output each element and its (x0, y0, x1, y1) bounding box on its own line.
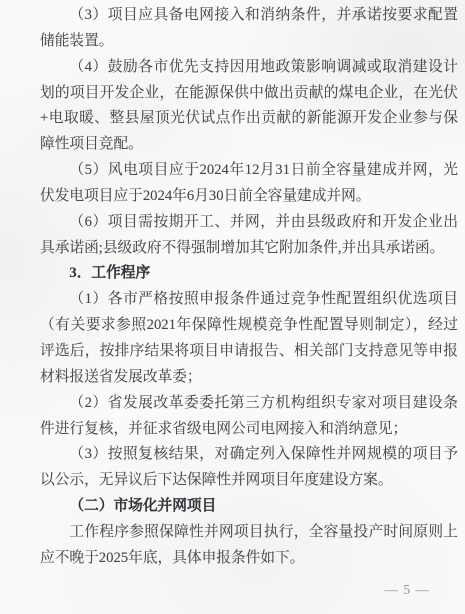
paragraph-item-5-deadlines: （5）风电项目应于2024年12月31日前全容量建成并网，光伏发电项目应于202… (40, 158, 458, 210)
paragraph-item-6-commitment-letter: （6）项目需按期开工、并网，并由县级政府和开发企业出具承诺函;县级政府不得强制增… (40, 210, 458, 262)
paragraph-procedure-1-competitive-selection: （1）各市严格按照申报条件通过竞争性配置组织优选项目（有关要求参照2021年保障… (40, 287, 458, 390)
scanned-document-page: （3）项目应具备电网接入和消纳条件，并承诺按要求配置储能装置。 （4）鼓励各市优… (0, 0, 465, 614)
section-heading-market-grid-projects: （二）市场化并网项目 (40, 494, 458, 520)
paragraph-procedure-3-publicity: （3）按照复核结果，对确定列入保障性并网规模的项目予以公示，无异议后下达保障性并… (40, 442, 458, 494)
paragraph-item-4-priority-support: （4）鼓励各市优先支持因用地政策影响调减或取消建设计划的项目开发企业，在能源保供… (40, 55, 458, 158)
section-heading-work-procedure: 3．工作程序 (40, 261, 458, 287)
paragraph-item-3-grid-connection: （3）项目应具备电网接入和消纳条件，并承诺按要求配置储能装置。 (40, 3, 458, 55)
paragraph-procedure-2-third-party-review: （2）省发展改革委委托第三方机构组织专家对项目建设条件进行复核，并征求省级电网公… (40, 391, 458, 443)
page-number: — 5 — (385, 582, 431, 598)
document-body: （3）项目应具备电网接入和消纳条件，并承诺按要求配置储能装置。 （4）鼓励各市优… (40, 3, 458, 572)
paragraph-market-grid-procedure: 工作程序参照保障性并网项目执行，全容量投产时间原则上应不晚于2025年底，具体申… (40, 520, 458, 572)
